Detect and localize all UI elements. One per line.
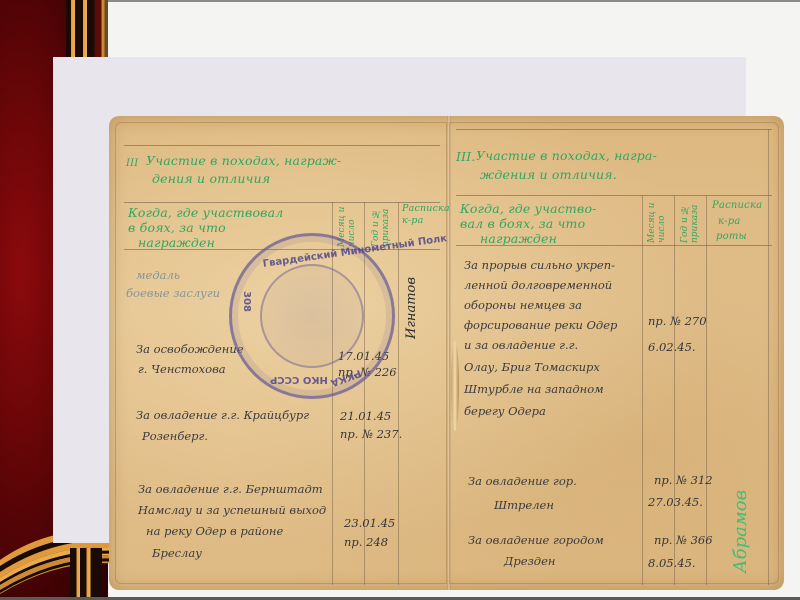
entry-1-line1: медаль <box>136 267 180 284</box>
entry-1-line7: Штурбле на западном <box>464 381 604 398</box>
column-header-description-line1: Когда, где участвовал <box>128 205 283 220</box>
entry-1-line3: обороны немцев за <box>464 297 582 314</box>
column-header-signature-line1: Расписка <box>712 199 762 213</box>
right-page: III. Участие в походах, награ- ждения и … <box>449 122 779 584</box>
military-booklet: III Участие в походах, награж- дения и о… <box>109 116 784 590</box>
column-divider <box>398 202 399 585</box>
column-divider <box>706 195 707 585</box>
entry-1-line8: берегу Одера <box>464 403 546 420</box>
entry-3-line1: За овладение городом <box>468 532 604 549</box>
entry-4-line4: Бреслау <box>152 545 202 562</box>
section-title-line2: дения и отличия <box>152 171 270 186</box>
entry-3-line1: За овладение г.г. Крайцбург <box>136 407 309 424</box>
entry-2-line2: Штрелен <box>494 497 554 514</box>
stamp-bottom-text: НКО СССР <box>270 374 328 385</box>
entry-4-line1: За овладение г.г. Бернштадт <box>138 481 323 498</box>
column-header-description-line3: награжден <box>480 231 557 246</box>
entry-1-line4: форсирование реки Одер <box>464 317 617 334</box>
entry-2-order: пр. № 312 <box>654 473 713 487</box>
entry-3-date: 8.05.45. <box>648 556 696 570</box>
ruled-line <box>456 129 772 130</box>
entry-3-date: 21.01.45 <box>340 409 391 423</box>
stamp-left-text: 308 <box>241 291 252 312</box>
stamp-bottom-right-text: РККА <box>329 367 362 388</box>
ruled-line <box>124 145 440 146</box>
section-number: III <box>126 156 138 171</box>
entry-1-line6: Олау, Бриг Томаскирх <box>464 359 600 376</box>
stamp-emblem <box>260 264 364 368</box>
entry-4-order: пр. 248 <box>344 535 388 549</box>
section-title-line1: Участие в походах, награ- <box>476 148 657 163</box>
entry-3-order: пр. № 237. <box>340 427 402 441</box>
entry-1-line5: и за овладение г.г. <box>464 337 578 354</box>
document-photo: III Участие в походах, награж- дения и о… <box>53 57 746 543</box>
column-header-signature-line2: к-ра <box>718 215 741 229</box>
official-stamp: Гвардейский Минометный Полк 308 НКО СССР… <box>229 233 395 399</box>
entry-1-line2: ленной долговременной <box>464 277 612 294</box>
column-header-year: Год и № приказа <box>680 199 700 243</box>
entry-1-line1: За прорыв сильно укреп- <box>464 257 615 274</box>
entry-3-line2: Розенберг. <box>142 428 208 445</box>
column-header-signature-line3: роты <box>716 230 747 244</box>
section-title-line1: Участие в походах, награж- <box>146 153 341 168</box>
entry-3-line2: Дрезден <box>504 553 555 570</box>
column-header-signature: Расписка к-ра <box>402 203 442 227</box>
commander-signature-green: Абрамов <box>730 373 751 573</box>
entry-1-date: 6.02.45. <box>648 340 696 354</box>
column-header-month: Месяц и число <box>647 199 667 243</box>
entry-4-line3: на реку Одер в районе <box>146 523 283 540</box>
entry-2-line2: г. Ченстохова <box>138 361 226 378</box>
column-divider <box>768 129 769 585</box>
entry-4-date: 23.01.45 <box>344 516 395 530</box>
column-header-description-line2: вал в боях, за что <box>460 216 585 231</box>
entry-1-order: пр. № 270 <box>648 314 707 328</box>
column-header-description-line3: награжден <box>138 235 215 250</box>
entry-3-order: пр. № 366 <box>654 533 713 547</box>
ruled-line <box>456 195 772 196</box>
column-header-description-line1: Когда, где участво- <box>460 201 597 216</box>
entry-2-line1: За освобождение <box>136 341 244 358</box>
commander-signature: Игнатов <box>404 249 419 339</box>
ruled-line <box>124 202 440 203</box>
entry-4-line2: Намслау и за успешный выход <box>138 502 326 519</box>
entry-2-date: 27.03.45. <box>648 495 703 509</box>
entry-1-line2: боевые заслуги <box>126 285 220 302</box>
column-header-description-line2: в боях, за что <box>128 220 226 235</box>
column-divider <box>642 195 643 585</box>
section-number: III. <box>456 149 476 164</box>
st-george-ribbon-bottom <box>70 548 102 600</box>
section-title-line2: ждения и отличия. <box>480 167 617 182</box>
st-george-ribbon-top <box>66 0 108 60</box>
column-divider <box>674 195 675 585</box>
entry-2-line1: За овладение гор. <box>468 473 577 490</box>
